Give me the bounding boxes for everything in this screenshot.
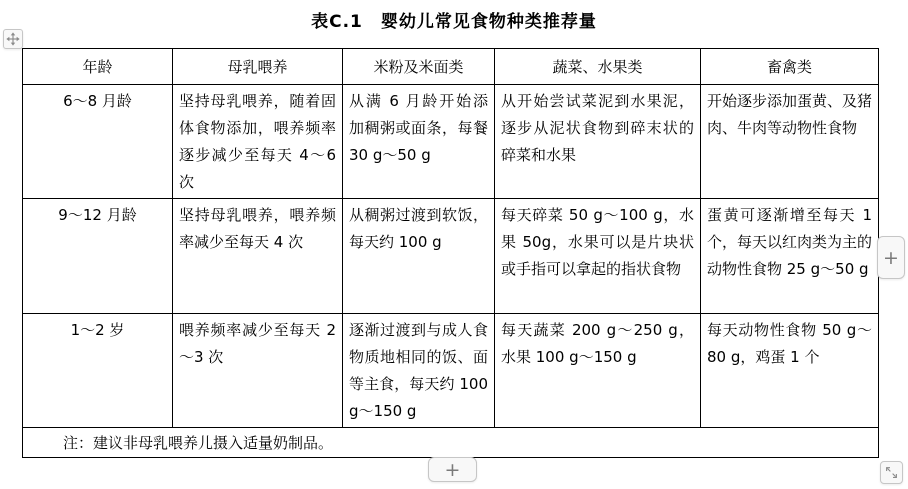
plus-icon: + <box>445 459 461 481</box>
age-cell[interactable]: 6～8 月龄 <box>23 85 173 199</box>
plus-icon: + <box>883 247 899 269</box>
move-icon <box>6 32 20 46</box>
add-row-button[interactable]: + <box>428 457 477 482</box>
table-cell[interactable]: 每天碎菜 50 g～100 g，水果 50g，水果可以是片块状或手指可以拿起的指… <box>495 199 701 314</box>
table-row: 6～8 月龄 坚持母乳喂养，随着固体食物添加，喂养频率逐步减少至每天 4～6 次… <box>23 85 879 199</box>
age-cell[interactable]: 1～2 岁 <box>23 314 173 428</box>
table-cell[interactable]: 从满 6 月龄开始添加稠粥或面条，每餐 30 g～50 g <box>343 85 495 199</box>
table-cell[interactable]: 从稠粥过渡到软饭，每天约 100 g <box>343 199 495 314</box>
table-move-handle[interactable] <box>3 29 23 49</box>
column-header-livestock-poultry[interactable]: 畜禽类 <box>701 49 879 85</box>
table-note-cell[interactable]: 注：建议非母乳喂养儿摄入适量奶制品。 <box>23 428 879 458</box>
resize-diagonal-icon <box>884 465 899 480</box>
table-cell[interactable]: 每天动物性食物 50 g～80 g，鸡蛋 1 个 <box>701 314 879 428</box>
table-cell[interactable]: 坚持母乳喂养，喂养频率减少至每天 4 次 <box>173 199 343 314</box>
add-column-button[interactable]: + <box>877 236 905 279</box>
column-header-age[interactable]: 年龄 <box>23 49 173 85</box>
table-cell[interactable]: 坚持母乳喂养，随着固体食物添加，喂养频率逐步减少至每天 4～6 次 <box>173 85 343 199</box>
column-header-vegetables-fruits[interactable]: 蔬菜、水果类 <box>495 49 701 85</box>
table-cell[interactable]: 每天蔬菜 200 g～250 g，水果 100 g～150 g <box>495 314 701 428</box>
table-resize-handle[interactable] <box>880 461 903 484</box>
table-row: 9～12 月龄 坚持母乳喂养，喂养频率减少至每天 4 次 从稠粥过渡到软饭，每天… <box>23 199 879 314</box>
age-cell[interactable]: 9～12 月龄 <box>23 199 173 314</box>
column-header-rice-flour[interactable]: 米粉及米面类 <box>343 49 495 85</box>
table-cell[interactable]: 从开始尝试菜泥到水果泥，逐步从泥状食物到碎末状的碎菜和水果 <box>495 85 701 199</box>
infant-food-recommendation-table: 年龄 母乳喂养 米粉及米面类 蔬菜、水果类 畜禽类 6～8 月龄 坚持母乳喂养，… <box>22 48 879 458</box>
column-header-breastfeeding[interactable]: 母乳喂养 <box>173 49 343 85</box>
table-row: 1～2 岁 喂养频率减少至每天 2～3 次 逐渐过渡到与成人食物质地相同的饭、面… <box>23 314 879 428</box>
note-row: 注：建议非母乳喂养儿摄入适量奶制品。 <box>23 428 879 458</box>
table-cell[interactable]: 喂养频率减少至每天 2～3 次 <box>173 314 343 428</box>
table-cell[interactable]: 逐渐过渡到与成人食物质地相同的饭、面等主食，每天约 100 g～150 g <box>343 314 495 428</box>
table-cell[interactable]: 开始逐步添加蛋黄、及猪肉、牛肉等动物性食物 <box>701 85 879 199</box>
header-row: 年龄 母乳喂养 米粉及米面类 蔬菜、水果类 畜禽类 <box>23 49 879 85</box>
page-title: 表C.1 婴幼儿常见食物种类推荐量 <box>0 7 908 32</box>
document-page: 表C.1 婴幼儿常见食物种类推荐量 年龄 母乳喂养 米粉及米面类 蔬菜、水果类 … <box>0 0 908 489</box>
table-cell[interactable]: 蛋黄可逐渐增至每天 1 个，每天以红肉类为主的动物性食物 25 g～50 g <box>701 199 879 314</box>
